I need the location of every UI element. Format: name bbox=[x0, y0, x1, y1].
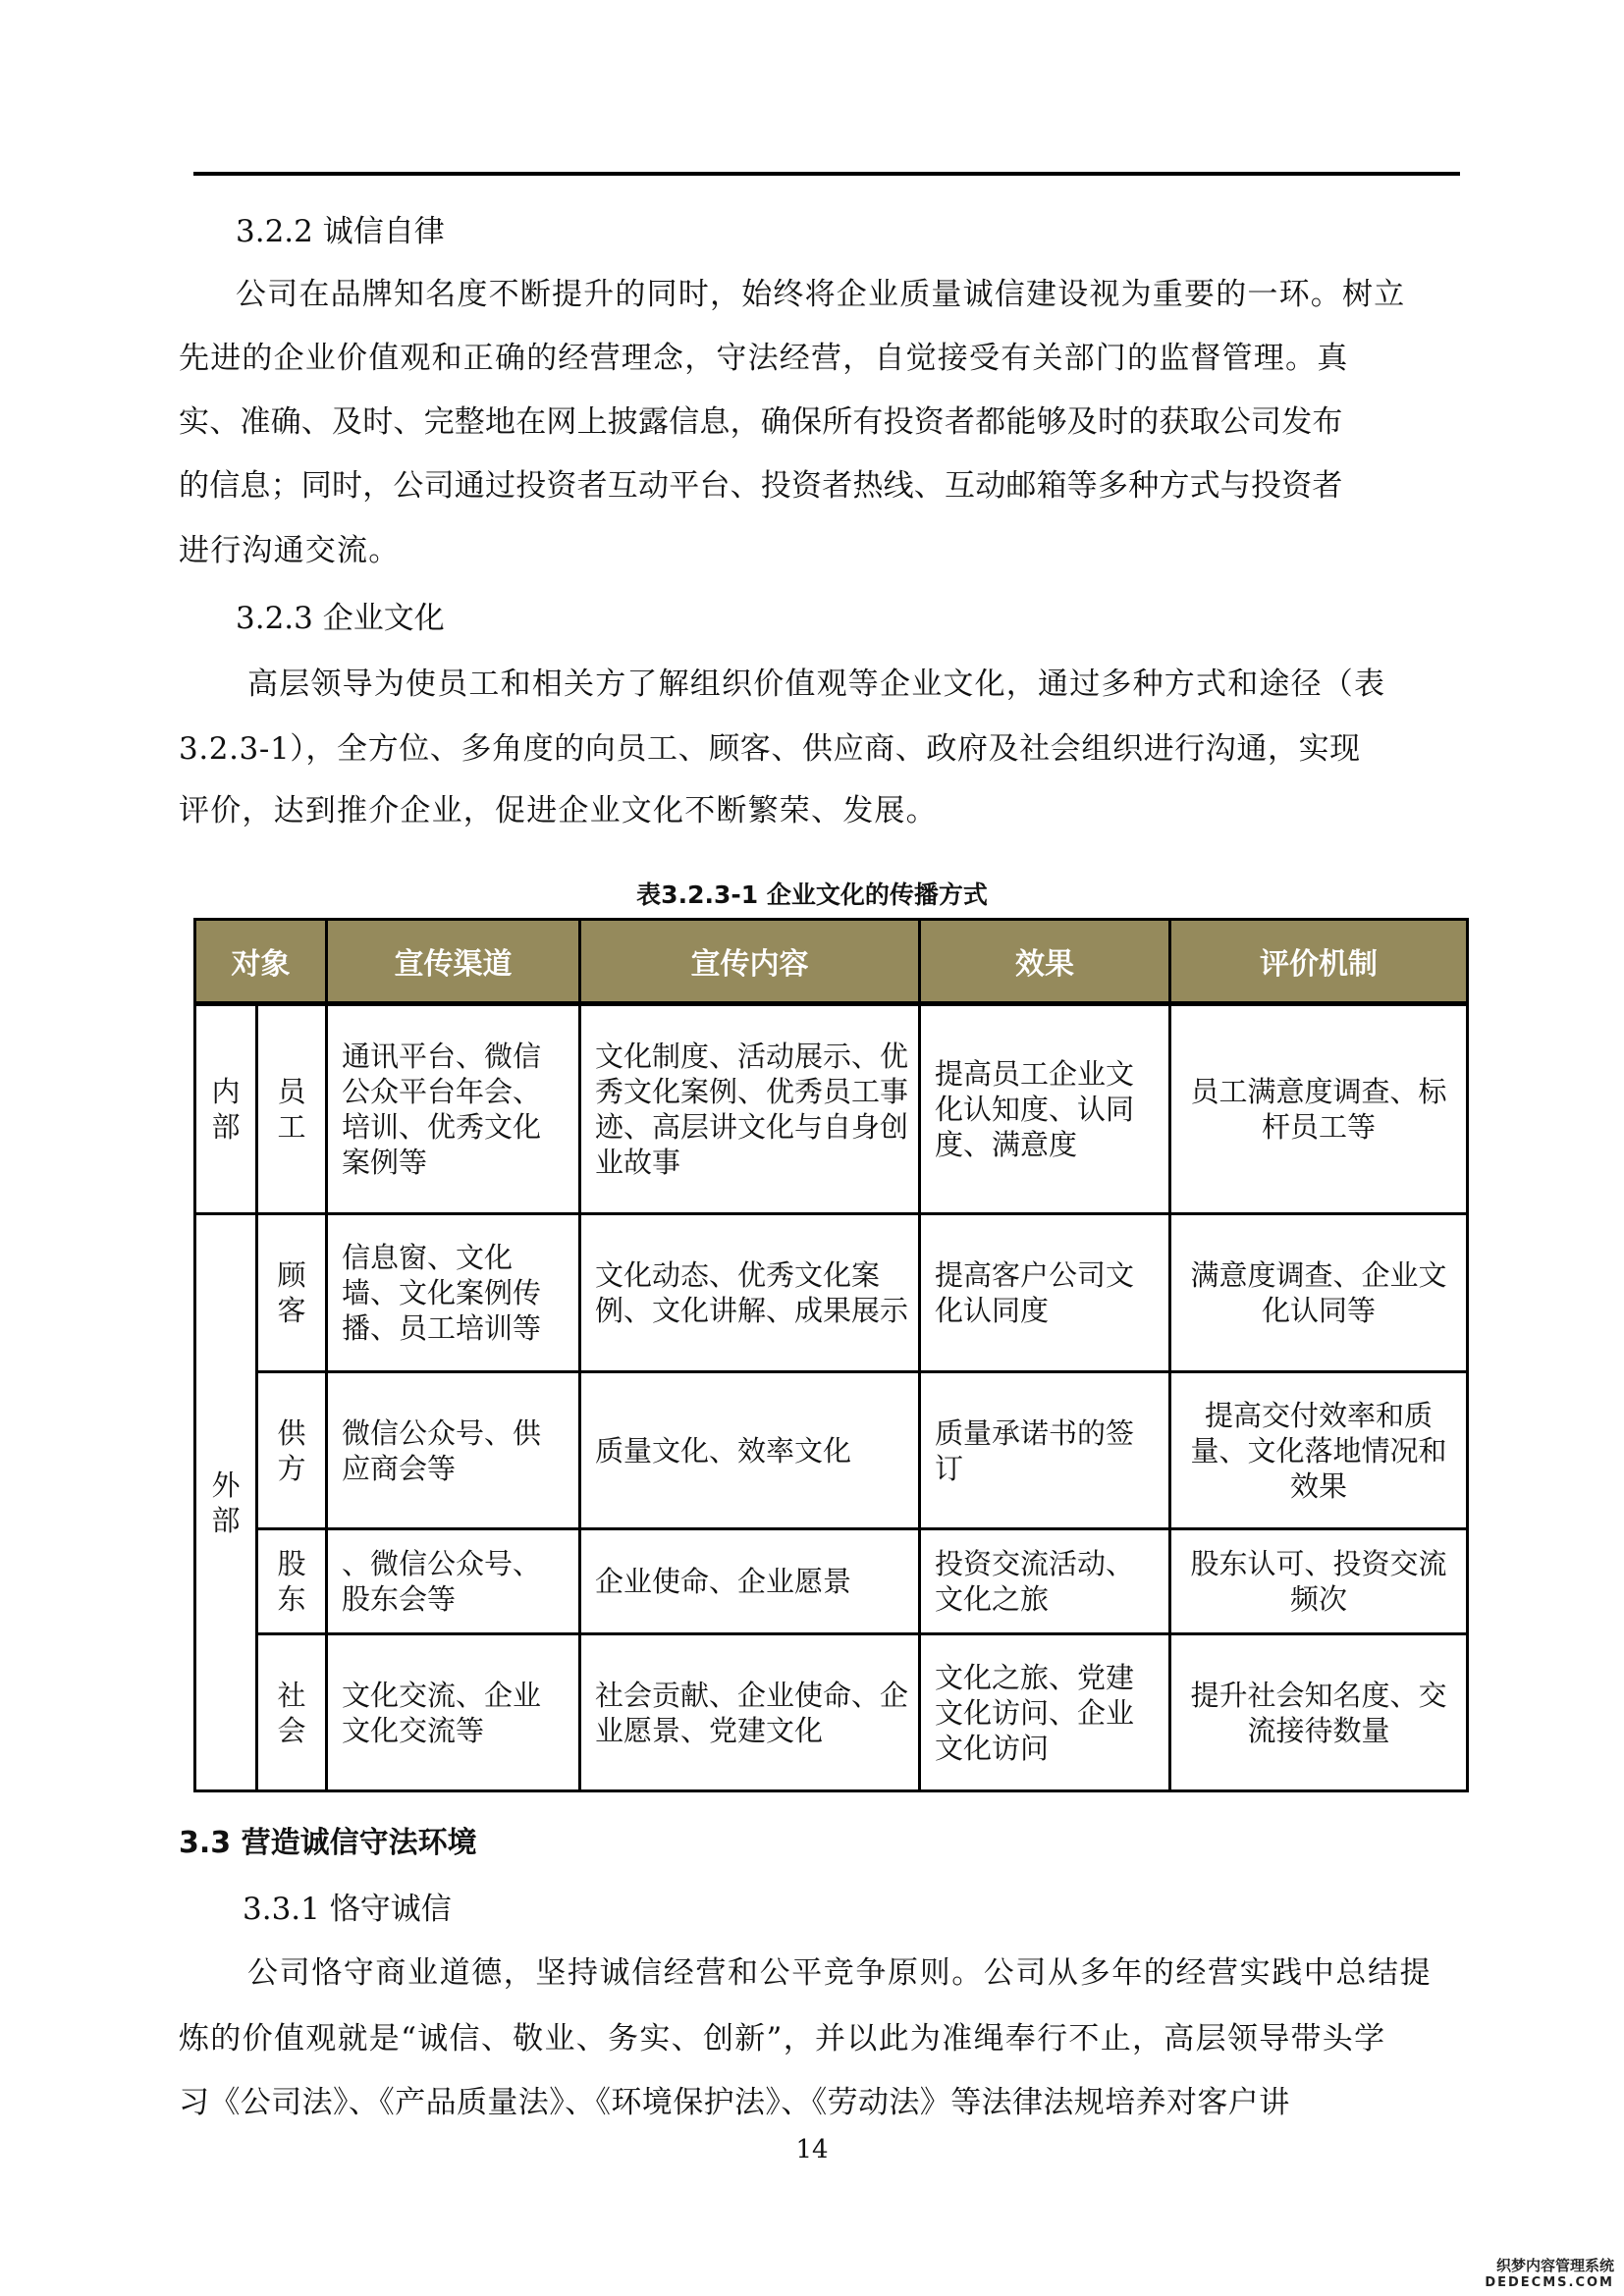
header-object: 对象 bbox=[195, 920, 327, 1004]
row-effect: 提高客户公司文化认同度 bbox=[920, 1214, 1170, 1372]
watermark-line1: 织梦内容管理系统 bbox=[1485, 2255, 1614, 2275]
row-object: 社 会 bbox=[257, 1634, 327, 1791]
group-external: 外 部 bbox=[195, 1214, 257, 1791]
row-channel: 信息窗、文化墙、文化案例传播、员工培训等 bbox=[327, 1214, 580, 1372]
row-object: 供 方 bbox=[257, 1372, 327, 1529]
page-number: 14 bbox=[0, 2135, 1624, 2164]
row-channel: 微信公众号、供应商会等 bbox=[327, 1372, 580, 1529]
row-content: 文化制度、活动展示、优秀文化案例、优秀员工事迹、高层讲文化与自身创业故事 bbox=[580, 1004, 920, 1214]
row-object: 员 工 bbox=[257, 1004, 327, 1214]
paragraph-line: 高层领导为使员工和相关方了解组织价值观等企业文化，通过多种方式和途径（表 bbox=[247, 667, 1385, 702]
header-channel: 宣传渠道 bbox=[327, 920, 580, 1004]
watermark-line2: DEDECMS.COM bbox=[1485, 2275, 1614, 2290]
row-effect: 投资交流活动、文化之旅 bbox=[920, 1529, 1170, 1634]
heading-3-2-3: 3.2.3 企业文化 bbox=[236, 601, 445, 636]
row-channel: 文化交流、企业文化交流等 bbox=[327, 1634, 580, 1791]
row-object: 股 东 bbox=[257, 1529, 327, 1634]
table-header-row: 对象 宣传渠道 宣传内容 效果 评价机制 bbox=[195, 920, 1468, 1004]
heading-3-3: 3.3 营造诚信守法环境 bbox=[179, 1826, 477, 1861]
header-rule bbox=[193, 172, 1460, 176]
paragraph-line: 习《公司法》、《产品质量法》、《环境保护法》、《劳动法》等法律法规培养对客户讲 bbox=[179, 2085, 1290, 2120]
heading-3-2-2: 3.2.2 诚信自律 bbox=[236, 214, 445, 249]
paragraph-line: 评价，达到推介企业，促进企业文化不断繁荣、发展。 bbox=[179, 793, 938, 828]
paragraph-line: 的信息；同时，公司通过投资者互动平台、投资者热线、互动邮箱等多种方式与投资者 bbox=[179, 468, 1343, 504]
row-evaluation: 提高交付效率和质量、文化落地情况和效果 bbox=[1170, 1372, 1468, 1529]
row-content: 质量文化、效率文化 bbox=[580, 1372, 920, 1529]
row-content: 社会贡献、企业使命、企业愿景、党建文化 bbox=[580, 1634, 920, 1791]
table-row: 股 东 、微信公众号、股东会等 企业使命、企业愿景 投资交流活动、文化之旅 股东… bbox=[195, 1529, 1468, 1634]
row-evaluation: 满意度调查、企业文化认同等 bbox=[1170, 1214, 1468, 1372]
heading-3-3-1: 3.3.1 恪守诚信 bbox=[243, 1892, 452, 1927]
row-content: 文化动态、优秀文化案例、文化讲解、成果展示 bbox=[580, 1214, 920, 1372]
header-effect: 效果 bbox=[920, 920, 1170, 1004]
table-row: 外 部 顾 客 信息窗、文化墙、文化案例传播、员工培训等 文化动态、优秀文化案例… bbox=[195, 1214, 1468, 1372]
row-object: 顾 客 bbox=[257, 1214, 327, 1372]
table-caption: 表3.2.3-1 企业文化的传播方式 bbox=[0, 876, 1624, 911]
paragraph-line: 实、准确、及时、完整地在网上披露信息，确保所有投资者都能够及时的获取公司发布 bbox=[179, 404, 1343, 440]
header-evaluation: 评价机制 bbox=[1170, 920, 1468, 1004]
paragraph-line: 进行沟通交流。 bbox=[179, 533, 400, 568]
paragraph-line: 公司恪守商业道德，坚持诚信经营和公平竞争原则。公司从多年的经营实践中总结提 bbox=[247, 1955, 1432, 1991]
row-channel: 、微信公众号、股东会等 bbox=[327, 1529, 580, 1634]
paragraph-line: 炼的价值观就是“诚信、敬业、务实、创新”，并以此为准绳奉行不止，高层领导带头学 bbox=[179, 2021, 1385, 2056]
row-content: 企业使命、企业愿景 bbox=[580, 1529, 920, 1634]
group-internal: 内 部 bbox=[195, 1004, 257, 1214]
paragraph-line: 3.2.3-1），全方位、多角度的向员工、顾客、供应商、政府及社会组织进行沟通，… bbox=[179, 731, 1361, 767]
table-row: 社 会 文化交流、企业文化交流等 社会贡献、企业使命、企业愿景、党建文化 文化之… bbox=[195, 1634, 1468, 1791]
header-content: 宣传内容 bbox=[580, 920, 920, 1004]
row-effect: 提高员工企业文化认知度、认同度、满意度 bbox=[920, 1004, 1170, 1214]
paragraph-line: 公司在品牌知名度不断提升的同时，始终将企业质量诚信建设视为重要的一环。树立 bbox=[236, 277, 1405, 312]
row-channel: 通讯平台、微信公众平台年会、培训、优秀文化案例等 bbox=[327, 1004, 580, 1214]
row-evaluation: 股东认可、投资交流频次 bbox=[1170, 1529, 1468, 1634]
row-effect: 文化之旅、党建文化访问、企业文化访问 bbox=[920, 1634, 1170, 1791]
table-row: 内 部 员 工 通讯平台、微信公众平台年会、培训、优秀文化案例等 文化制度、活动… bbox=[195, 1004, 1468, 1214]
row-evaluation: 提升社会知名度、交流接待数量 bbox=[1170, 1634, 1468, 1791]
row-effect: 质量承诺书的签订 bbox=[920, 1372, 1170, 1529]
row-evaluation: 员工满意度调查、标杆员工等 bbox=[1170, 1004, 1468, 1214]
table-row: 供 方 微信公众号、供应商会等 质量文化、效率文化 质量承诺书的签订 提高交付效… bbox=[195, 1372, 1468, 1529]
culture-communication-table: 对象 宣传渠道 宣传内容 效果 评价机制 内 部 员 工 通讯平台、微信公众平台… bbox=[193, 918, 1469, 1792]
watermark: 织梦内容管理系统 DEDECMS.COM bbox=[1485, 2255, 1614, 2290]
paragraph-line: 先进的企业价值观和正确的经营理念，守法经营，自觉接受有关部门的监督管理。真 bbox=[179, 341, 1348, 376]
